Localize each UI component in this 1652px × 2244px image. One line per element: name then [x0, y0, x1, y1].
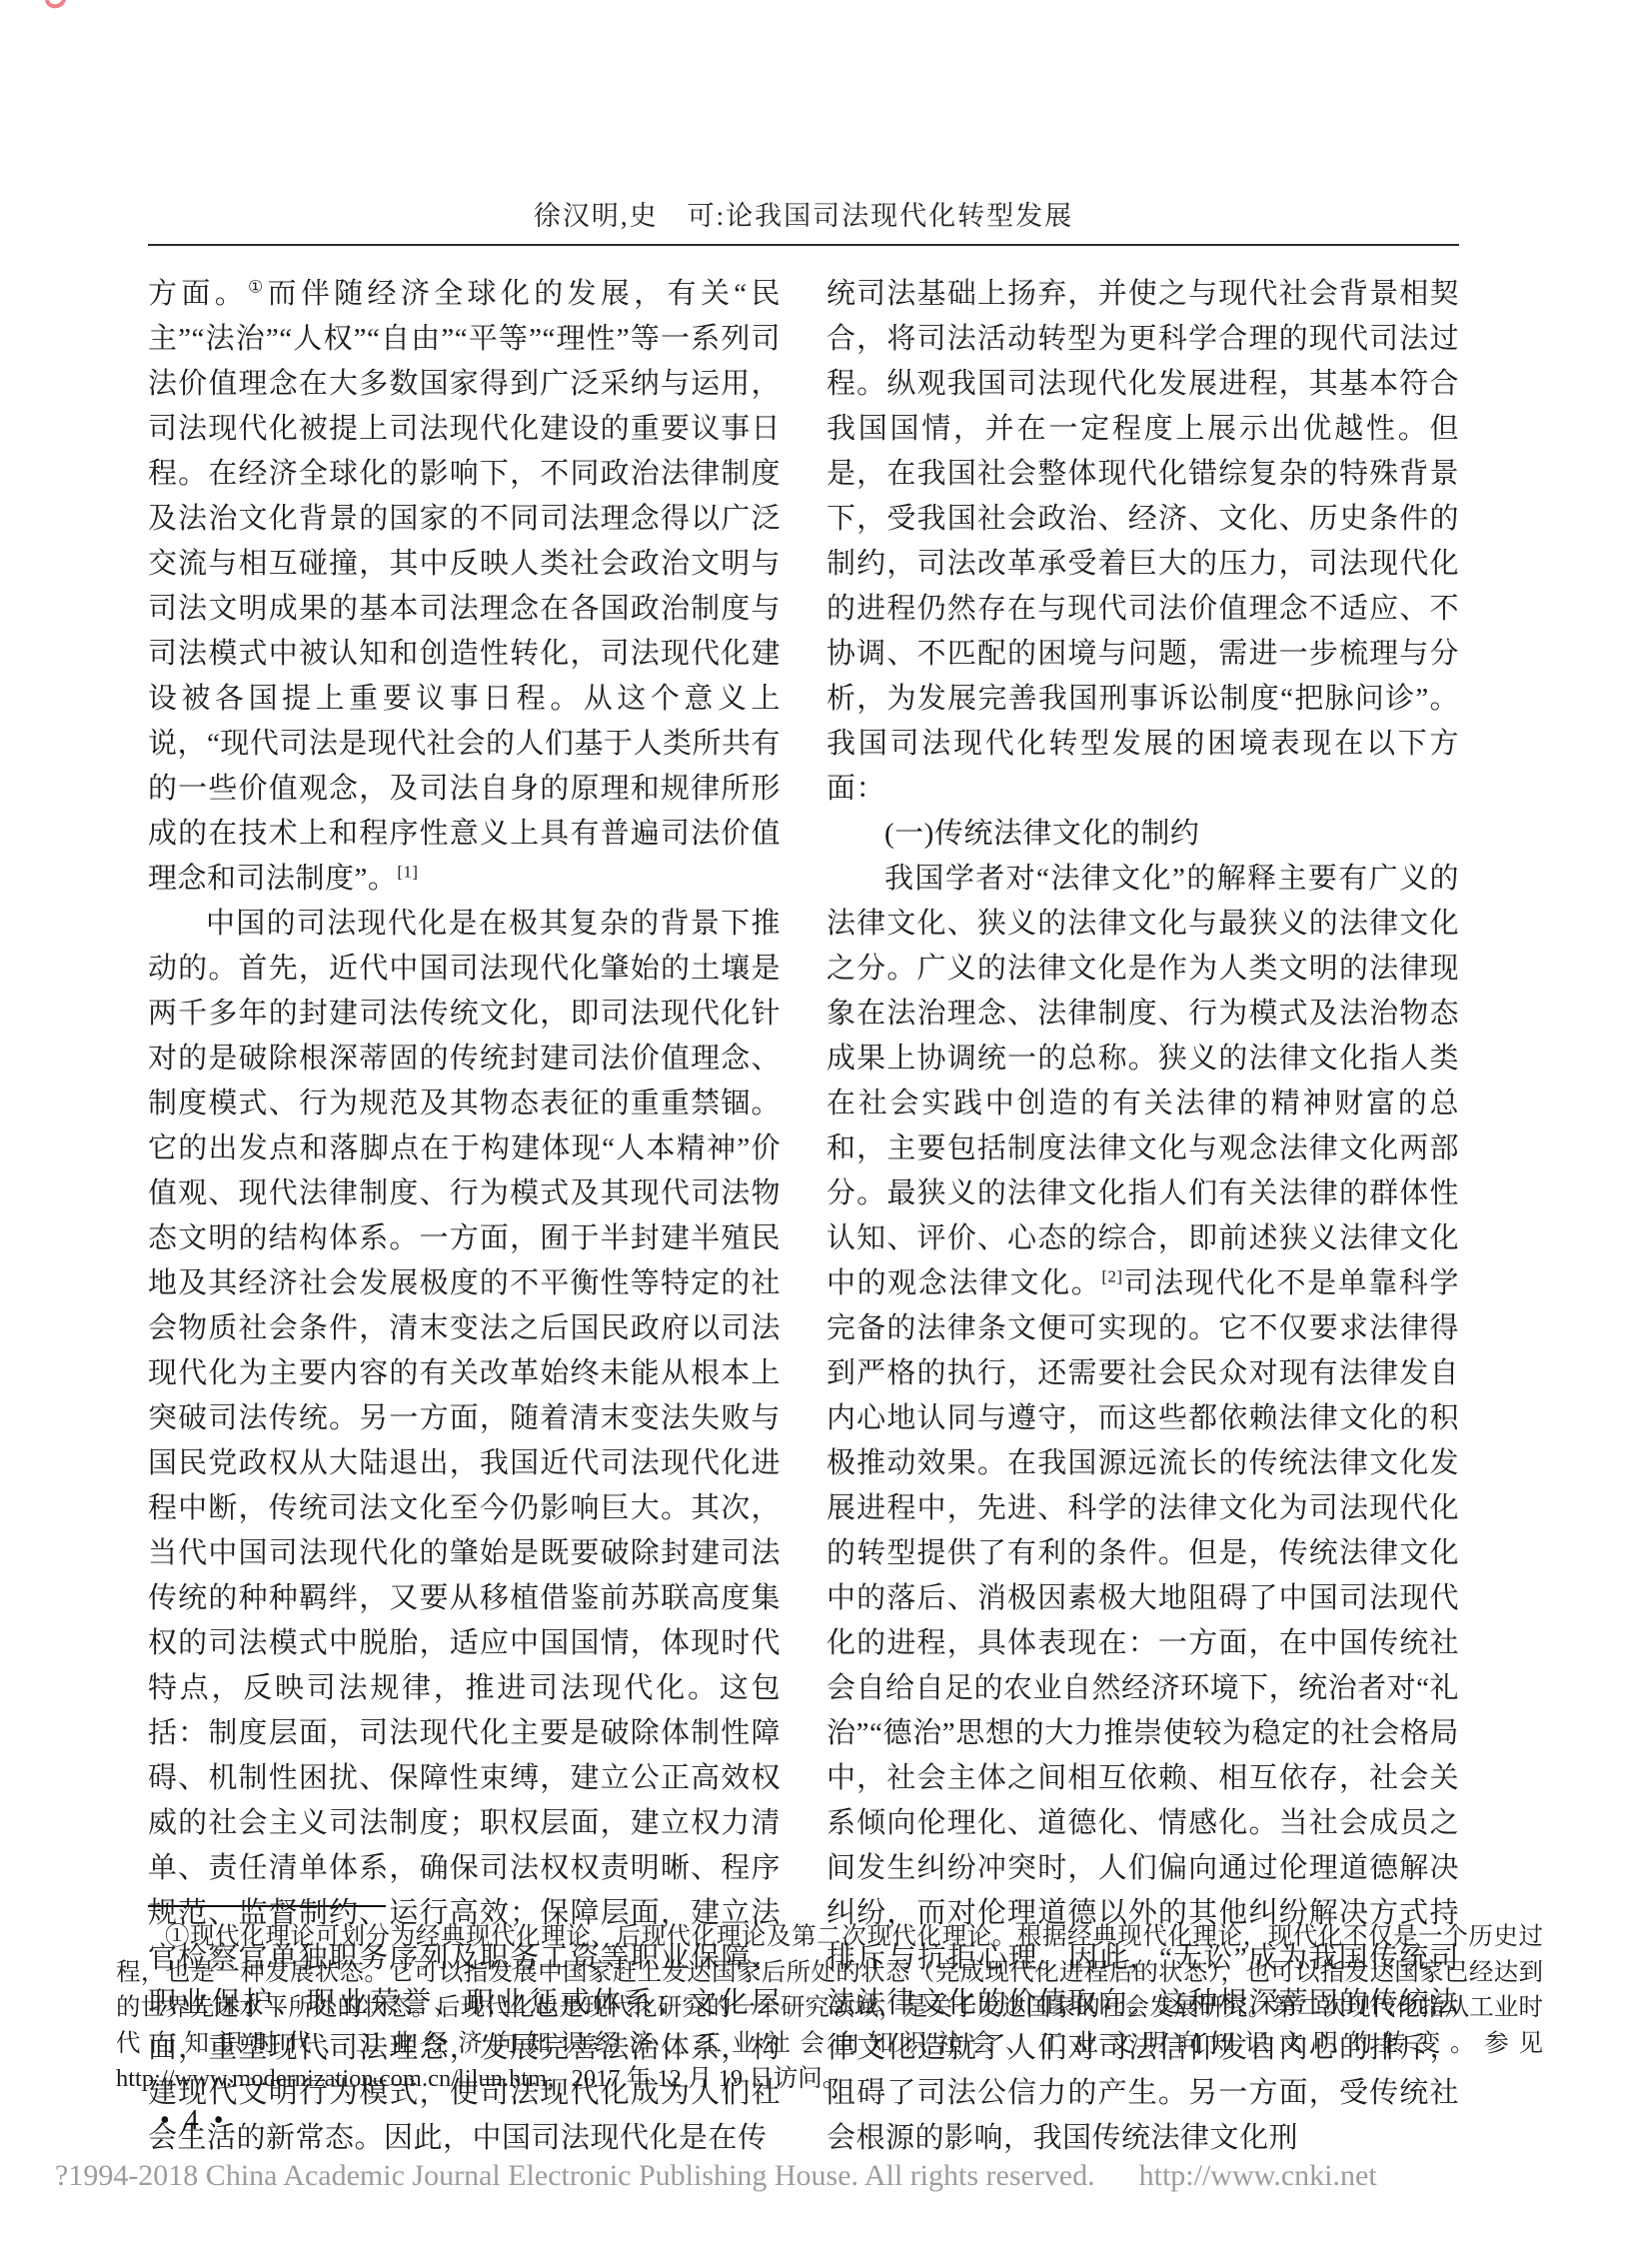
cnki-watermark: ?1994-2018 China Academic Journal Electr…: [55, 2159, 1377, 2193]
running-head-title: 徐汉明,史 可:论我国司法现代化转型发展: [148, 194, 1459, 233]
paragraph: 统司法基础上扬弃，并使之与现代社会背景相契合，将司法活动转型为更科学合理的现代司…: [826, 272, 1459, 812]
scan-artifact-red-mark: [44, 0, 68, 16]
cnki-url: http://www.cnki.net: [1139, 2159, 1377, 2192]
paragraph: 方面。①而伴随经济全球化的发展，有关“民主”“法治”“人权”“自由”“平等”“理…: [148, 272, 781, 902]
superscript-marker: [1]: [397, 862, 418, 881]
superscript-marker: [2]: [1101, 1266, 1122, 1285]
right-column: 统司法基础上扬弃，并使之与现代社会背景相契合，将司法活动转型为更科学合理的现代司…: [826, 272, 1459, 2161]
section-heading: (一)传统法律文化的制约: [826, 812, 1459, 857]
left-column: 方面。①而伴随经济全球化的发展，有关“民主”“法治”“人权”“自由”“平等”“理…: [148, 272, 781, 2161]
page-number: • 4 •: [160, 2105, 228, 2137]
superscript-marker: ①: [248, 277, 267, 296]
header-divider-line: [148, 244, 1459, 246]
copyright-text: ?1994-2018 China Academic Journal Electr…: [55, 2159, 1095, 2192]
red-stroke-fragment: [44, 0, 68, 11]
article-body: 方面。①而伴随经济全球化的发展，有关“民主”“法治”“人权”“自由”“平等”“理…: [148, 272, 1459, 2161]
footnote-divider-line: [148, 1905, 386, 1907]
footnote-text: ①现代化理论可划分为经典现代化理论、后现代化理论及第二次现代化理论。根据经典现代…: [116, 1919, 1543, 2097]
